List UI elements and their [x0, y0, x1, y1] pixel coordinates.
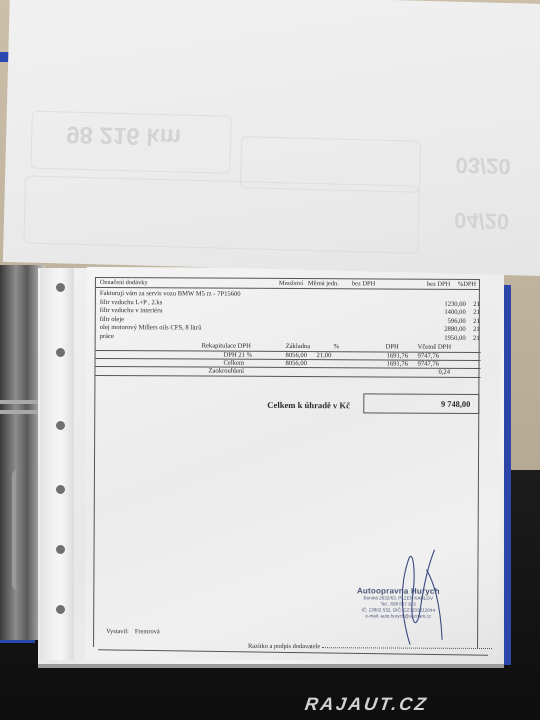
invoice-table-header: Označení dodávky Množství Měrná jedn. be…: [96, 278, 479, 290]
issued-by: Vystavil:Fremrová: [106, 628, 160, 635]
rounding-value: 0,24: [438, 369, 450, 377]
column-header-unit: Měrná jedn.: [308, 279, 339, 289]
punch-hole: [56, 545, 65, 554]
item-description: práce: [100, 333, 114, 342]
recap-header-label: Rekapitulace DPH: [202, 343, 251, 352]
rounding-row: Zaokrouhlení 0,24: [95, 367, 480, 377]
invoice-items: Fakturuji vám za servis vozu BMW M5 rz -…: [100, 290, 480, 344]
ghost-box: [23, 175, 420, 253]
stamp-signature-label: Razítko a podpis dodavatele: [248, 643, 320, 650]
watermark-logo: RAJAUT.CZ: [304, 694, 430, 715]
ghost-text-date-2: 04/20: [454, 207, 510, 234]
binder-cover-edge-right: [503, 285, 511, 665]
vat-recap: Rekapitulace DPH Základna % DPH Včetně D…: [95, 342, 480, 378]
handwritten-signature: [390, 540, 451, 650]
sheet-protector-punch-strip: [40, 268, 74, 660]
punch-hole: [56, 485, 65, 494]
item-amount: 596,00: [448, 318, 466, 327]
item-amount: 1950,00: [444, 335, 465, 344]
item-description: filtr oleje: [100, 316, 124, 325]
recap-header-vat: DPH: [386, 343, 399, 351]
item-vat: 21: [473, 309, 480, 318]
recap-row-base: 8056,00: [286, 360, 307, 369]
column-header-description: Označení dodávky: [100, 278, 148, 288]
stamp-signature-line: Razítko a podpis dodavatele: [248, 643, 492, 651]
punch-hole: [56, 421, 65, 430]
binder-lever: [12, 470, 22, 590]
item-amount: 1400,00: [444, 309, 465, 318]
punch-hole: [56, 605, 65, 614]
recap-header-total: Včetně DPH: [418, 344, 452, 353]
recap-header-base: Základna: [286, 343, 311, 352]
recap-row-label: Celkem: [224, 359, 245, 368]
item-vat: 21: [473, 326, 480, 335]
total-due-label: Celkem k úhradě v Kč: [267, 400, 350, 410]
recap-header-rate: %: [334, 343, 340, 351]
issued-by-label: Vystavil:: [106, 628, 129, 635]
column-header-quantity: Množství: [279, 279, 303, 289]
rounding-label: Zaokrouhlení: [208, 368, 244, 377]
issued-by-value: Fremrová: [135, 628, 160, 635]
item-amount: 2880,00: [444, 326, 465, 335]
item-description: filtr vzduchu L+P , 2.ks: [100, 299, 162, 308]
item-amount: 1230,00: [444, 300, 465, 309]
total-due-value: 9 748,00: [363, 393, 479, 414]
item-vat: 21: [473, 301, 480, 310]
recap-row-total: 9747,76: [417, 360, 438, 369]
punch-hole: [56, 348, 65, 357]
folded-paper-overlay: 98 216 km 03/20 04/20: [3, 0, 540, 276]
item-description: filtr vzduchu v interiéru: [100, 307, 163, 316]
recap-row-vat: 1691,76: [387, 360, 408, 369]
invoice-document: Označení dodávky Množství Měrná jedn. be…: [85, 267, 501, 661]
item-vat: 21: [473, 335, 480, 344]
ghost-text-date-1: 03/20: [455, 152, 511, 179]
invoice-table: Označení dodávky Množství Měrná jedn. be…: [93, 277, 480, 649]
column-header-unit-price: bez DPH: [352, 279, 375, 289]
column-header-total-net: bez DPH: [427, 280, 450, 290]
ghost-text-mileage: 98 216 km: [66, 120, 181, 151]
column-header-vat-percent: %DPH: [458, 280, 476, 290]
punch-hole: [56, 283, 65, 292]
item-vat: 21: [473, 318, 480, 327]
